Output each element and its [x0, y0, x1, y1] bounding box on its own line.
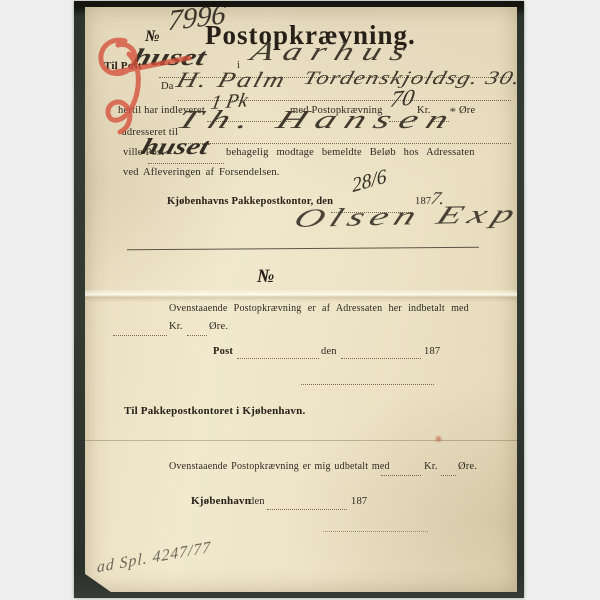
red-crayon-mark — [85, 7, 517, 592]
photograph-dark-mat: № 7996 Postopkrævning. Til Post i huset … — [74, 1, 524, 598]
postopkraevning-form-paper: № 7996 Postopkrævning. Til Post i huset … — [85, 7, 517, 592]
